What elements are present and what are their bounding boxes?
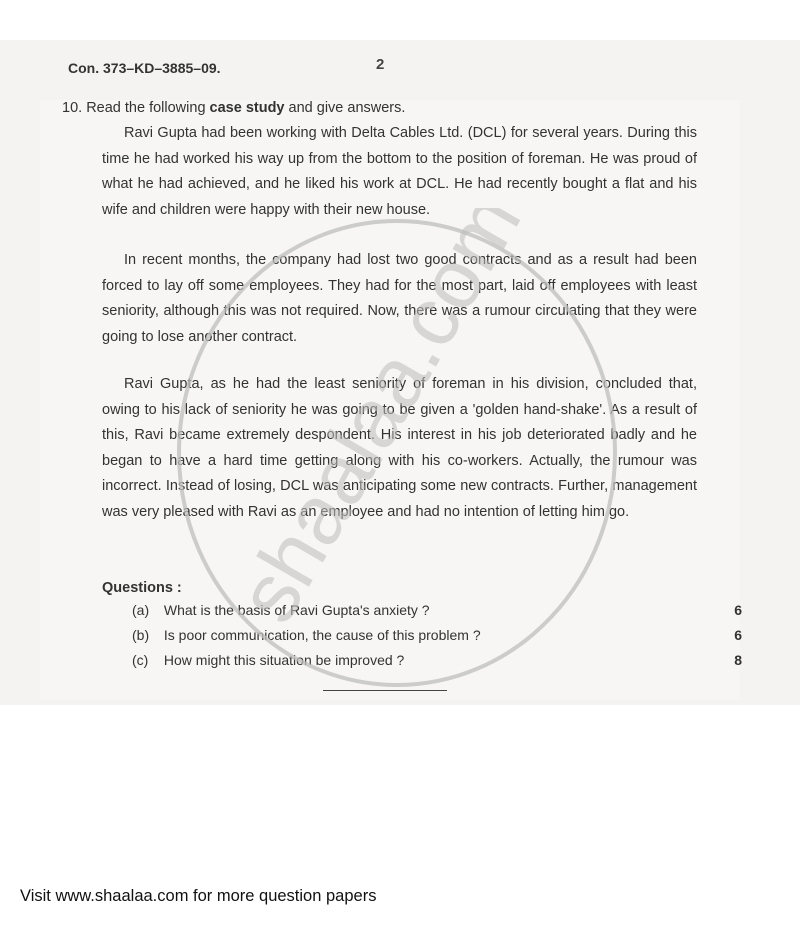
question-number: 10.	[62, 100, 82, 116]
page-number: 2	[376, 56, 384, 73]
question-text: How might this situation be improved ?	[164, 652, 404, 668]
question-item: (c) How might this situation be improved…	[132, 652, 742, 672]
question-item: (a) What is the basis of Ravi Gupta's an…	[132, 602, 742, 622]
questions-heading: Questions :	[102, 580, 182, 596]
question-label: (c)	[132, 652, 160, 668]
question-title: 10. Read the following case study and gi…	[62, 100, 405, 116]
case-paragraph-1: Ravi Gupta had been working with Delta C…	[102, 121, 697, 223]
case-paragraph-3: Ravi Gupta, as he had the least seniorit…	[102, 372, 697, 525]
case-paragraph-2: In recent months, the company had lost t…	[102, 248, 697, 350]
question-marks: 8	[734, 652, 742, 668]
question-item: (b) Is poor communication, the cause of …	[132, 627, 742, 647]
footer-note: Visit www.shaalaa.com for more question …	[20, 887, 376, 906]
question-text: What is the basis of Ravi Gupta's anxiet…	[164, 602, 430, 618]
question-marks: 6	[734, 627, 742, 643]
question-label: (b)	[132, 627, 160, 643]
end-rule	[323, 690, 447, 691]
question-text: Is poor communication, the cause of this…	[164, 627, 481, 643]
paper-code: Con. 373–KD–3885–09.	[68, 60, 221, 76]
question-intro: Read the following case study and give a…	[86, 100, 405, 116]
question-marks: 6	[734, 602, 742, 618]
question-label: (a)	[132, 602, 160, 618]
